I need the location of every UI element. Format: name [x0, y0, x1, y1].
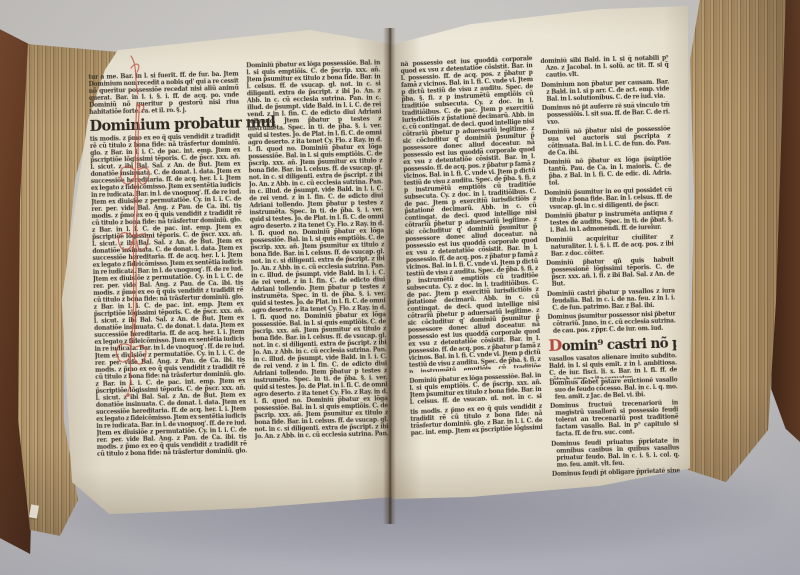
- right-body-paragraph-1: nã possessio est ius quoddã corporale qu…: [400, 55, 541, 373]
- left-body-text: tis modis. z p̃mo ex eo q̃ quis vendidit…: [90, 133, 247, 458]
- index-entry: Dominus feudi p̃t obligare p̃prietatẽ si…: [552, 467, 680, 478]
- index-entries-top: dominiũ sibi Bald. in l. si q̃ notabili …: [540, 54, 676, 334]
- index-entry: Dominus p̃sumitur possessor nisi p̃betur…: [547, 310, 676, 335]
- left-intro-text: tur a me. Bar. in l. si fuerit. ff. de f…: [88, 71, 239, 117]
- left-column-2: Dominiũ p̃batur ex lõga possessiõe. Bal.…: [246, 59, 389, 440]
- index-entry: Dominiũ nõ p̃batur nisi de possessiõe su…: [542, 125, 671, 157]
- index-entry: Dominiũ nõ p̃batur ex lõga p̃sũptiõe tan…: [543, 155, 672, 187]
- left-column-1: tur a me. Bar. in l. si fuerit. ff. de f…: [88, 71, 247, 462]
- index-entry: Dominiũ castri p̃batur p vasallos z iura…: [547, 287, 676, 312]
- right-heading: Domin⁹ castri nõ potest: [548, 334, 676, 355]
- right-heading-text: omin⁹ castri nõ potest: [561, 334, 680, 354]
- index-entry: Dominus debet p̃stare euictionẽ vasallo …: [549, 376, 678, 401]
- right-column-1: nã possessio est ius quoddã corporale qu…: [400, 55, 542, 439]
- right-page-text: nã possessio est ius quoddã corporale qu…: [398, 40, 682, 487]
- index-entry: Dominiũ acquiritur ciuiliter z naturalit…: [545, 233, 674, 258]
- right-body-paragraph-2: Dominiũ p̃batur ex lõga possessiõe. Bal.…: [409, 372, 542, 404]
- index-entry: Dominiũ p̃batur qñ quis habuit possessio…: [546, 256, 675, 288]
- index-entry: Dominus nõ p̃t auferre rẽ suã vinculo tm…: [542, 101, 671, 126]
- index-entry: Dominium non p̃batur per causam. Bar. z …: [541, 78, 670, 103]
- index-entry: Dominiũ p̃batur p instrumẽta antiqua z t…: [545, 209, 674, 234]
- left-page-text: tur a me. Bar. in l. si fuerit. ff. de f…: [86, 51, 393, 464]
- index-entry: Dominiũ p̃sumitur in eo qui possidet cũ …: [544, 186, 673, 211]
- right-column-2: dominiũ sibi Bald. in l. si q̃ notabili …: [540, 54, 680, 477]
- index-entries-bottom: Dominus debet p̃stare euictionẽ vasallo …: [549, 376, 680, 478]
- index-entry: dominiũ sibi Bald. in l. si q̃ notabili …: [540, 54, 669, 79]
- index-entry: Dominus feudi priuatus p̃prietate in omn…: [551, 437, 680, 469]
- right-heading-paragraph: vasallos vasatos alienare inuito subdito…: [549, 352, 678, 380]
- right-body-paragraph-3: tis modis. z p̃mo ex eo q̃ quis vendidit…: [410, 403, 543, 437]
- left-heading: Dominium probatur mul: [89, 116, 239, 135]
- rubric-initial-d: D: [548, 335, 562, 354]
- index-entry: Dominus fructuũ trecenariorũ in magistrũ…: [550, 399, 679, 438]
